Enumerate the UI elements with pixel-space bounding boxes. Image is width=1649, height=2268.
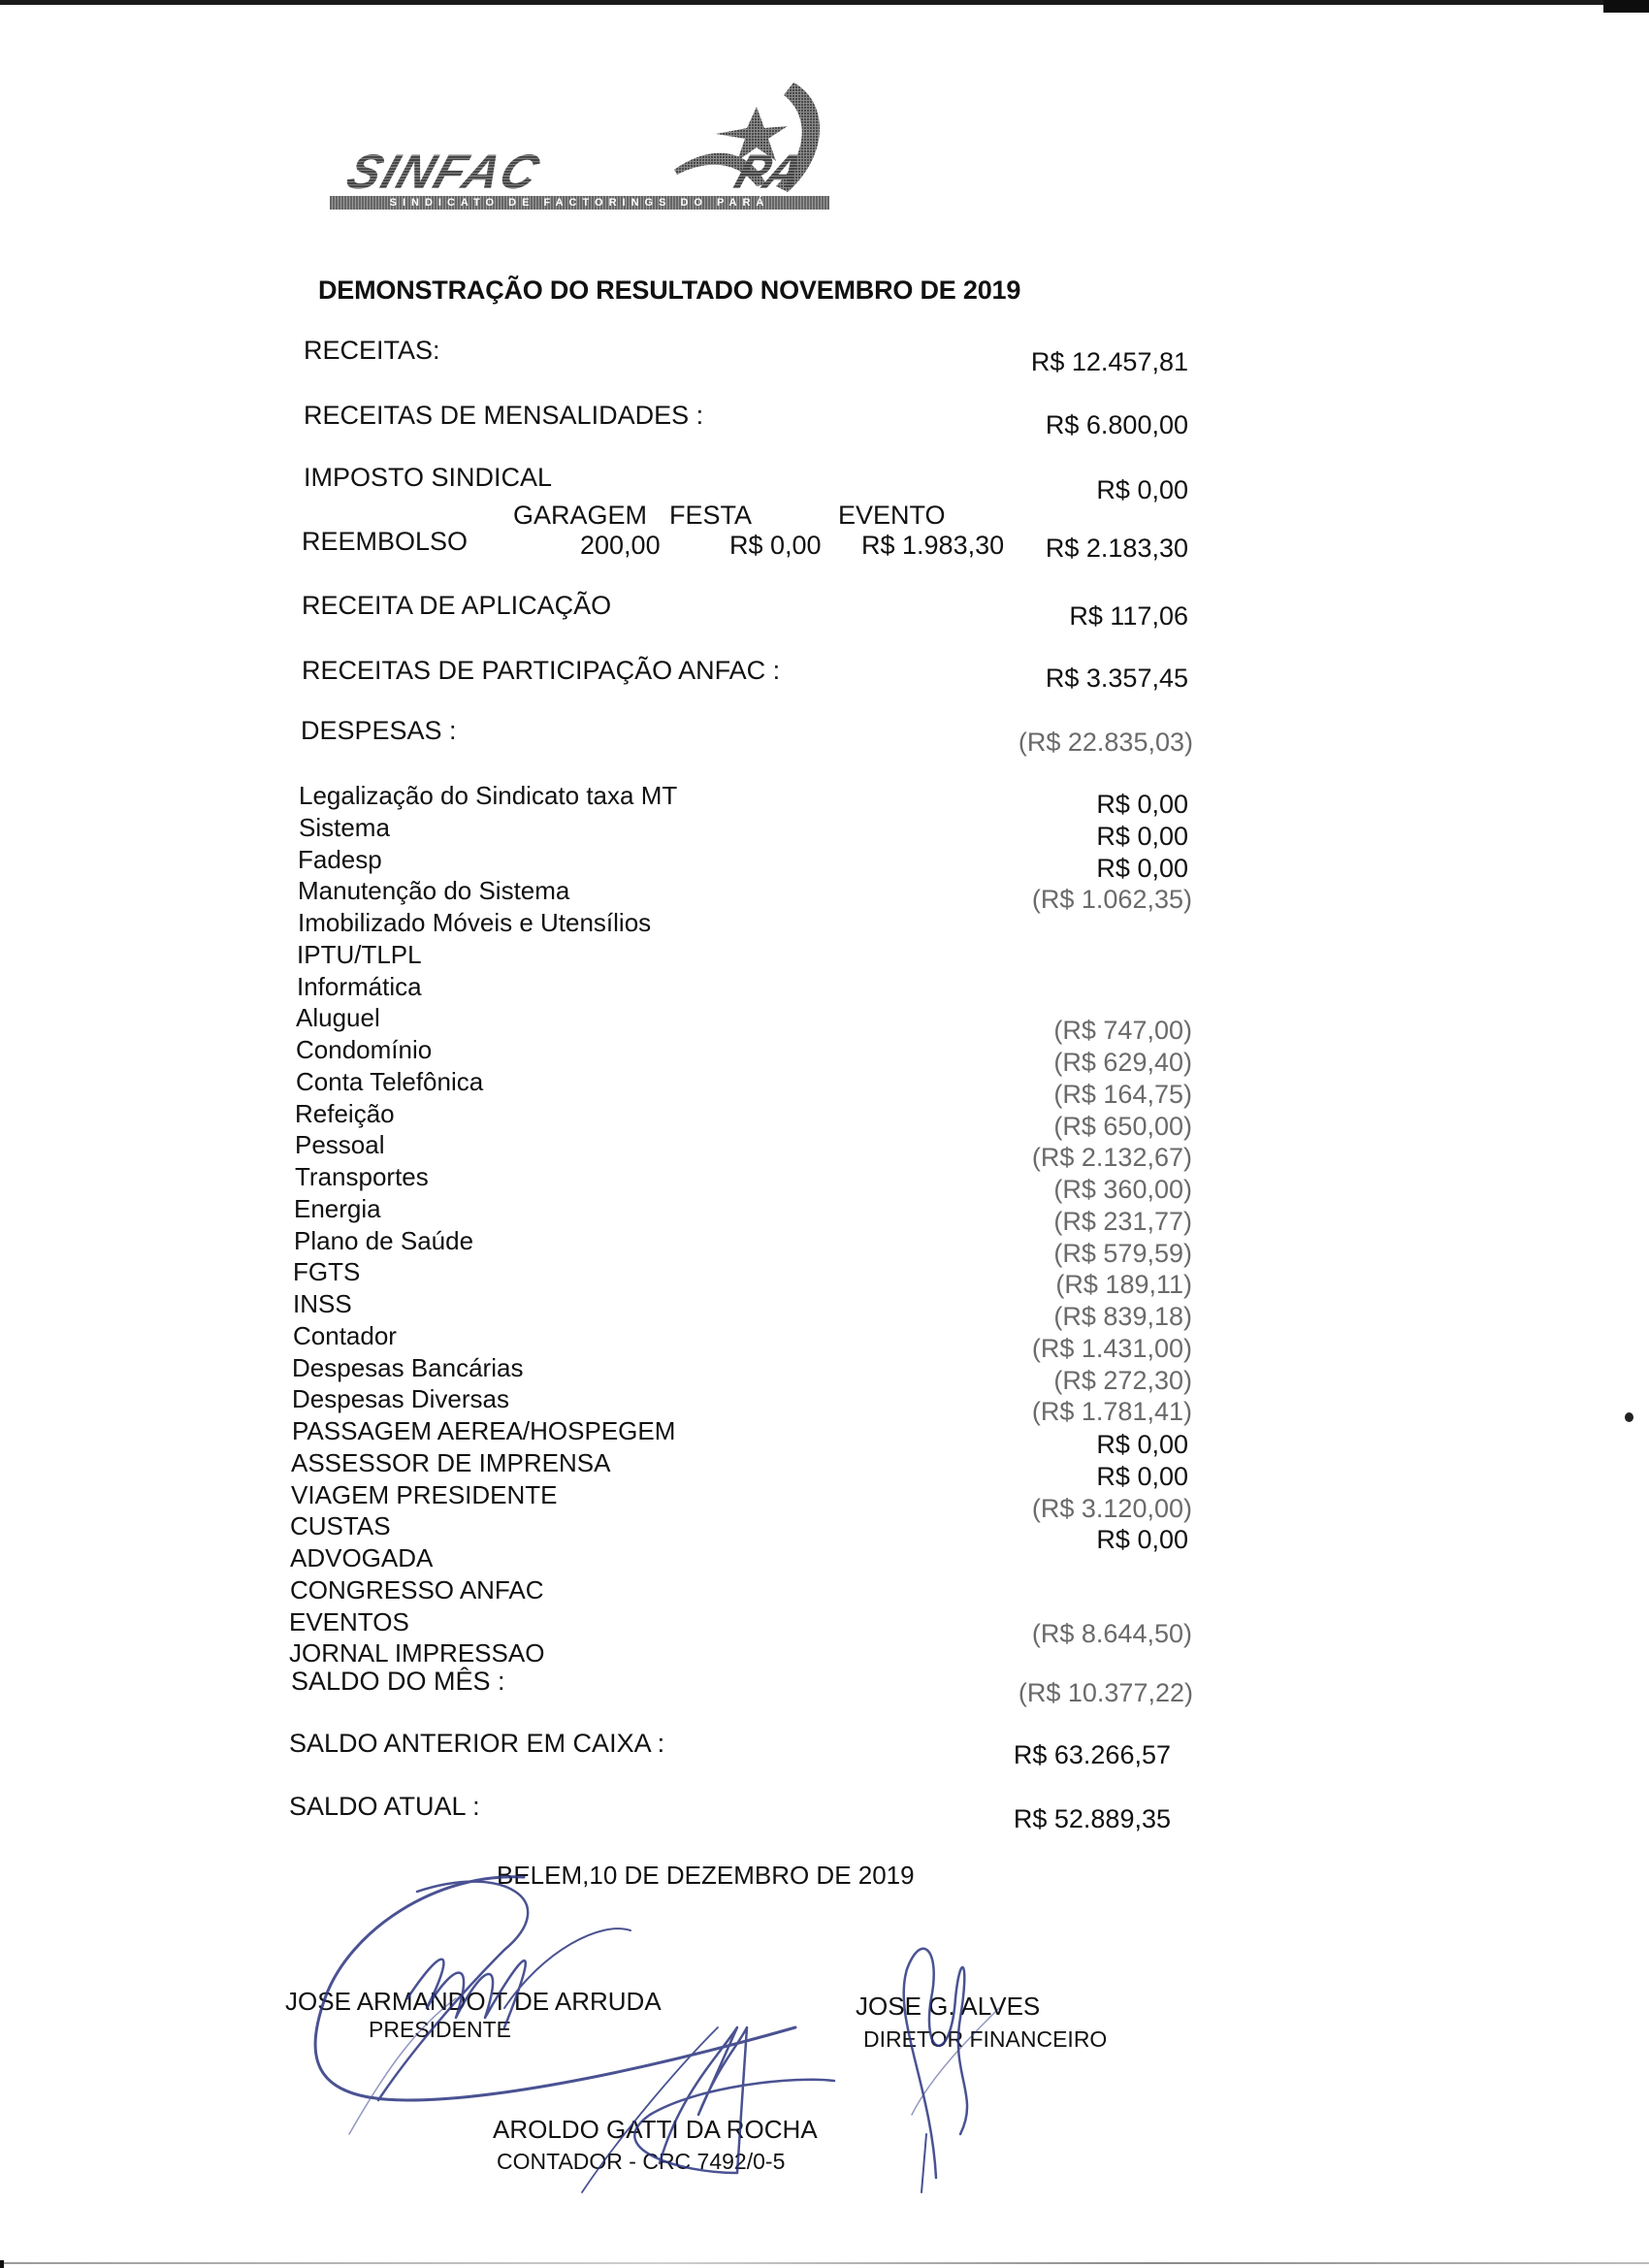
signatory-accountant-name: AROLDO GATTI DA ROCHA	[493, 2117, 818, 2142]
expense-item-value: (R$ 579,59)	[1053, 1241, 1192, 1267]
expense-item-value: (R$ 650,00)	[1053, 1114, 1192, 1140]
expense-item-label: EVENTOS	[289, 1609, 409, 1635]
anfac-value: R$ 3.357,45	[1046, 665, 1188, 692]
mensalidades-label: RECEITAS DE MENSALIDADES :	[304, 403, 703, 429]
expense-item-label: CONGRESSO ANFAC	[290, 1577, 544, 1603]
saldo-atual-label: SALDO ATUAL :	[289, 1794, 480, 1820]
signatory-president-role: PRESIDENTE	[369, 2019, 511, 2041]
expense-item-value: R$ 0,00	[1096, 856, 1188, 882]
expense-item-value: R$ 0,00	[1096, 824, 1188, 850]
logo-brand-text: SINFAC	[341, 147, 547, 196]
expense-item-label: Energia	[294, 1196, 381, 1221]
expense-item-label: Manutenção do Sistema	[298, 878, 569, 903]
expense-item-label: Plano de Saúde	[294, 1228, 473, 1253]
expense-item-value: (R$ 2.132,67)	[1032, 1145, 1192, 1171]
expense-item-label: Despesas Bancárias	[292, 1355, 523, 1380]
reembolso-col-evento: EVENTO	[838, 502, 946, 529]
sinfac-logo: SINFAC PA SINDICATO DE FACTORINGS DO PAR…	[330, 78, 834, 204]
expense-item-value: (R$ 189,11)	[1055, 1272, 1192, 1298]
expense-item-value: R$ 0,00	[1096, 1527, 1188, 1553]
reembolso-garagem-value: 200,00	[580, 533, 661, 559]
expenses-total-label: DESPESAS :	[301, 718, 457, 744]
signatory-director-role: DIRETOR FINANCEIRO	[863, 2028, 1107, 2051]
expense-item-value: (R$ 360,00)	[1053, 1177, 1192, 1203]
scan-corner-mark-left	[0, 2260, 4, 2268]
reembolso-col-festa: FESTA	[669, 502, 752, 529]
expense-item-label: Fadesp	[298, 847, 382, 872]
expense-item-label: Condomínio	[296, 1037, 432, 1062]
expense-item-label: Contador	[293, 1323, 397, 1348]
expense-item-label: Informática	[297, 974, 422, 999]
expense-item-label: PASSAGEM AEREA/HOSPEGEM	[292, 1418, 675, 1443]
saldo-anterior-value: R$ 63.266,57	[1014, 1742, 1171, 1768]
expense-item-value: (R$ 629,40)	[1053, 1050, 1192, 1076]
handwritten-signatures	[0, 0, 1649, 2268]
expense-item-value: (R$ 164,75)	[1053, 1082, 1192, 1108]
expense-item-label: Legalização do Sindicato taxa MT	[299, 783, 677, 808]
expense-item-label: JORNAL IMPRESSAO	[289, 1640, 544, 1666]
revenues-total-label: RECEITAS:	[304, 338, 440, 364]
expense-item-label: VIAGEM PRESIDENTE	[291, 1482, 558, 1507]
signatory-director-name: JOSE G. ALVES	[856, 1993, 1040, 2019]
aplicacao-label: RECEITA DE APLICAÇÃO	[302, 593, 611, 619]
anfac-label: RECEITAS DE PARTICIPAÇÃO ANFAC :	[302, 658, 780, 684]
signatory-president-name: JOSE ARMANDO T DE ARRUDA	[285, 1989, 662, 2014]
scan-border-top	[0, 0, 1649, 5]
expense-item-label: IPTU/TLPL	[297, 942, 422, 967]
expense-item-value: R$ 0,00	[1096, 1432, 1188, 1458]
scan-speck	[1625, 1412, 1633, 1422]
saldo-mes-value: (R$ 10.377,22)	[1018, 1680, 1193, 1706]
place-date: BELEM,10 DE DEZEMBRO DE 2019	[497, 1863, 915, 1888]
expense-item-label: INSS	[293, 1291, 352, 1316]
expense-item-value: (R$ 3.120,00)	[1032, 1496, 1192, 1522]
reembolso-label: REEMBOLSO	[302, 529, 468, 555]
expense-item-value: (R$ 231,77)	[1053, 1209, 1192, 1235]
expense-item-label: Sistema	[299, 815, 390, 840]
scan-border-bottom	[0, 2262, 1649, 2264]
expense-item-label: Imobilizado Móveis e Utensílios	[298, 910, 651, 935]
expense-item-value: (R$ 1.431,00)	[1032, 1336, 1192, 1362]
saldo-anterior-label: SALDO ANTERIOR EM CAIXA :	[289, 1731, 664, 1757]
expense-item-value: (R$ 839,18)	[1053, 1304, 1192, 1330]
expense-item-label: Despesas Diversas	[292, 1386, 509, 1411]
expense-item-value: (R$ 8.644,50)	[1032, 1621, 1192, 1647]
reembolso-evento-value: R$ 1.983,30	[861, 533, 1004, 559]
expense-item-value: (R$ 1.781,41)	[1032, 1399, 1192, 1425]
reembolso-festa-value: R$ 0,00	[729, 533, 822, 559]
scan-corner-mark	[1603, 0, 1649, 13]
expense-item-label: Refeição	[295, 1101, 395, 1126]
imposto-value: R$ 0,00	[1096, 477, 1188, 503]
star-swoosh-icon	[621, 78, 834, 199]
reembolso-total-value: R$ 2.183,30	[1046, 535, 1188, 562]
expense-item-label: CUSTAS	[290, 1513, 391, 1539]
expense-item-label: Conta Telefônica	[296, 1069, 483, 1094]
expense-item-label: ADVOGADA	[290, 1545, 433, 1571]
signature-director	[904, 1949, 967, 2178]
expense-item-label: ASSESSOR DE IMPRENSA	[291, 1450, 610, 1475]
page-title: DEMONSTRAÇÃO DO RESULTADO NOVEMBRO DE 20…	[318, 275, 1020, 306]
revenues-total-value: R$ 12.457,81	[1031, 349, 1188, 375]
expense-item-label: Transportes	[295, 1164, 429, 1189]
expense-item-value: (R$ 747,00)	[1053, 1018, 1192, 1044]
expense-item-label: Pessoal	[295, 1132, 385, 1157]
saldo-atual-value: R$ 52.889,35	[1014, 1806, 1171, 1832]
expenses-total-value: (R$ 22.835,03)	[1018, 729, 1193, 756]
aplicacao-value: R$ 117,06	[1069, 603, 1188, 630]
expense-item-value: R$ 0,00	[1096, 1464, 1188, 1490]
expense-item-label: Aluguel	[296, 1005, 380, 1030]
logo-tagline: SINDICATO DE FACTORINGS DO PARÁ	[330, 196, 829, 210]
expense-item-value: (R$ 272,30)	[1053, 1368, 1192, 1394]
expense-item-label: FGTS	[293, 1259, 360, 1284]
expense-item-value: (R$ 1.062,35)	[1032, 887, 1192, 913]
saldo-mes-label: SALDO DO MÊS :	[291, 1669, 505, 1695]
mensalidades-value: R$ 6.800,00	[1046, 412, 1188, 438]
signatory-accountant-role: CONTADOR - CRC 7492/0-5	[497, 2151, 785, 2173]
imposto-label: IMPOSTO SINDICAL	[304, 465, 552, 491]
expense-item-value: R$ 0,00	[1096, 792, 1188, 818]
reembolso-col-garagem: GARAGEM	[513, 502, 647, 529]
